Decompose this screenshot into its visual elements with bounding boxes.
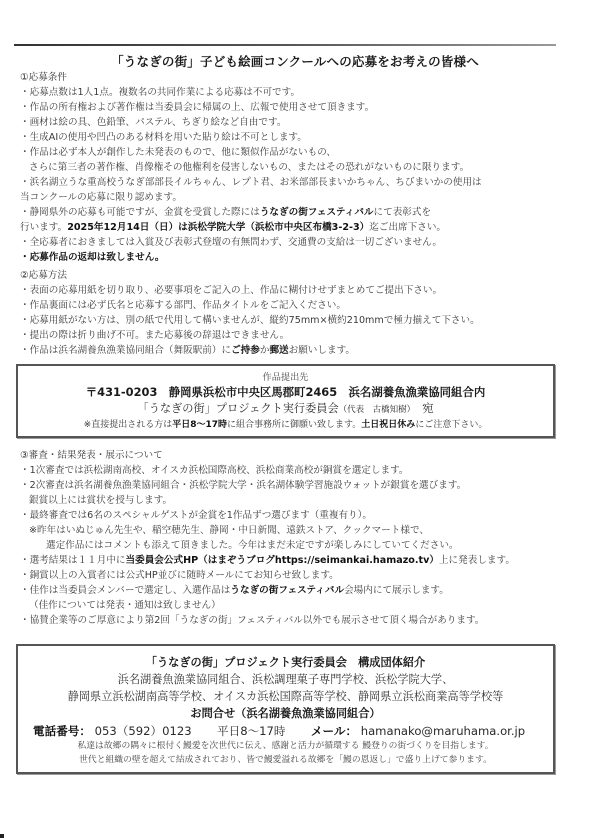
list-item: ・応募点数は1人1点。複数名の共同作業による応募は不可です。: [20, 85, 565, 100]
page-title: 「うなぎの街」子ども絵画コンクールへの応募をお考えの皆様へ: [0, 52, 590, 70]
submission-address: 〒431-0203 静岡県浜松市中央区馬郡町2465 浜名湖養魚漁業協同組合内: [18, 384, 553, 401]
members-line: 浜名湖養魚漁業協同組合、浜松調理菓子専門学校、浜松学院大学、: [18, 671, 553, 688]
list-item: ・1次審査では浜松湖南高校、オイスカ浜松国際高校、浜松商業高校が銅賞を選定します…: [20, 463, 565, 478]
delivery-mail: 郵送: [269, 345, 288, 356]
members-line: 静岡県立浜松湖南高等学校、オイスカ浜松国際高等学校、静岡県立浜松商業高等学校等: [18, 688, 553, 705]
list-item: ・全応募者におきましては入賞及び表彰式登壇の有無問わず、交通費の支給は一切ござい…: [20, 235, 565, 250]
results-line-post: 上に発表します。: [439, 555, 515, 566]
festival-line-pre: ・静岡県外の応募も可能ですが、金賞を受賞した際には: [20, 207, 260, 218]
delivery-line: ・作品は浜名湖養魚漁業協同組合（舞阪駅前）にご持参か郵送お願いします。: [20, 343, 565, 358]
ceremony-line-pre: 行います。: [20, 222, 67, 233]
festival-line-post: にて表彰式を: [374, 207, 432, 218]
exhibit-line: ・佳作は当委員会メンバーで選定し、入選作品はうなぎの街フェスティバル会場内にて展…: [20, 583, 565, 598]
submission-address-box: 作品提出先 〒431-0203 静岡県浜松市中央区馬郡町2465 浜名湖養魚漁業…: [16, 364, 555, 438]
list-item: ・生成AIの使用や凹凸のある材料を用いた貼り絵は不可とします。: [20, 130, 565, 145]
submission-label: 作品提出先: [18, 371, 553, 384]
no-return-notice: ・応募作品の返却は致しません。: [20, 250, 565, 265]
list-item: ・浜名湖立うな重高校うなぎ部部長イルちゃん、レプト君、お米部部長まいかちゃん、ち…: [20, 175, 565, 190]
note-closed-days: 土日祝日休み: [361, 420, 415, 430]
email-label: メール：: [311, 724, 357, 738]
festival-line: ・静岡県外の応募も可能ですが、金賞を受賞した際にはうなぎの街フェスティバルにて表…: [20, 205, 565, 220]
exhibit-line-post: 会場内にて展示します。: [344, 585, 449, 596]
delivery-bring: ご持参: [231, 345, 260, 356]
mission-line: 私達は故郷の隅々に根付く鰻愛を次世代に伝え、感謝と活力が循環する 鰻登りの街づく…: [18, 740, 553, 754]
representative: （代表 古橋知樹）: [339, 405, 416, 415]
list-item: ・画材は絵の具、色鉛筆、パステル、ちぎり絵など自由です。: [20, 115, 565, 130]
section-judging: ③審査・結果発表・展示について ・1次審査では浜松湖南高校、オイスカ浜松国際高校…: [20, 448, 565, 628]
ceremony-line: 行います。2025年12月14日（日）は浜松学院大学（浜松市中央区布橋3-2-3…: [20, 220, 565, 235]
ceremony-date-venue: 2025年12月14日（日）は浜松学院大学（浜松市中央区布橋3-2-3）: [67, 222, 369, 233]
committee-name: 「うなぎの街」プロジェクト実行委員会: [138, 402, 339, 415]
note-mid: に組合事務所に御願い致します。: [227, 420, 361, 430]
section-heading: ②応募方法: [20, 268, 565, 283]
exhibit-line-pre: ・佳作は当委員会メンバーで選定し、入選作品は: [20, 585, 230, 596]
list-item: ・応募用紙がない方は、別の紙で代用して構いませんが、縦約75mm×横約210mm…: [20, 313, 565, 328]
list-item: ・作品は必ず本人が創作した未発表のもので、他に類似作品がないもの、: [20, 145, 565, 160]
official-hp-link[interactable]: 当委員会公式HP（はまぞうブログhttps://seimankai.hamazo…: [126, 555, 439, 566]
list-item: ・作品の所有権および著作権は当委員会に帰属の上、広報で使用させて頂きます。: [20, 100, 565, 115]
list-item: ・協賛企業等のご厚意により第2回「うなぎの街」フェスティバル以外でも展示させて頂…: [20, 613, 565, 628]
note-pre: ※直接提出される方は: [84, 420, 173, 430]
list-item-continuation: 選定作品にはコメントも添えて頂きました。今年はまだ未定ですが楽しみにしていてくだ…: [20, 538, 565, 553]
list-item: ・2次審査は浜名湖養魚漁業協同組合・浜松学院大学・浜名湖体験学習施設ウォットが銀…: [20, 478, 565, 493]
list-item: ・作品裏面には必ず氏名と応募する部門、作品タイトルをご記入ください。: [20, 298, 565, 313]
attn: 宛: [422, 402, 433, 415]
scan-mark: [0, 834, 4, 838]
phone-label: 電話番号：: [33, 724, 91, 738]
delivery-line-pre: ・作品は浜名湖養魚漁業協同組合（舞阪駅前）に: [20, 345, 231, 356]
ceremony-line-post: 迄ご出席下さい。: [369, 222, 446, 233]
list-item: ・表面の応募用紙を切り取り、必要事項をご記入の上、作品に糊付けせずまとめてご提出…: [20, 283, 565, 298]
list-item: ・銅賞以上の入賞者には公式HP並びに随時メールにてお知らせ致します。: [20, 568, 565, 583]
festival-name: うなぎの街フェスティバル: [260, 207, 374, 218]
mission-line: 世代と組織の壁を超えて結成されており、皆で鰻愛溢れる故郷を「鰻の恩返し」で盛り上…: [18, 754, 553, 768]
exhibit-note: （佳作については発表・通知は致しません）: [20, 598, 565, 613]
submission-recipient: 「うなぎの街」プロジェクト実行委員会（代表 古橋知樹） 宛: [18, 401, 553, 418]
results-line: ・選考結果は１１月中に当委員会公式HP（はまぞうブログhttps://seima…: [20, 553, 565, 568]
top-divider: [14, 44, 556, 46]
delivery-mid: か: [260, 345, 270, 356]
list-item-continuation: 当コンクールの応募に限り認めます。: [20, 190, 565, 205]
results-line-pre: ・選考結果は１１月中に: [20, 555, 126, 566]
festival-name: うなぎの街フェスティバル: [230, 585, 344, 596]
note-post: にご注意下さい。: [415, 420, 487, 430]
direct-submission-note: ※直接提出される方は平日8～17時に組合事務所に御願い致します。土日祝日休みにご…: [18, 418, 553, 432]
section-method: ②応募方法 ・表面の応募用紙を切り取り、必要事項をご記入の上、作品に糊付けせずま…: [20, 268, 565, 358]
list-item-continuation: さらに第三者の著作権、肖像権その他権利を侵害しないもの、またはその恐れがないもの…: [20, 160, 565, 175]
phone-number[interactable]: 053（592）0123: [95, 724, 192, 738]
list-item: ・最終審査では6名のスペシャルゲストが金賞を1作品ずつ選びます（重複有り）。: [20, 508, 565, 523]
office-hours: 平日8～17時: [217, 724, 286, 738]
contact-line: 電話番号： 053（592）0123 平日8～17時 メール： hamanako…: [18, 722, 553, 740]
email-address[interactable]: hamanako@maruhama.or.jp: [361, 724, 525, 738]
section-heading: ①応募条件: [20, 70, 565, 85]
section-heading: ③審査・結果発表・展示について: [20, 448, 565, 463]
section-conditions: ①応募条件 ・応募点数は1人1点。複数名の共同作業による応募は不可です。 ・作品…: [20, 70, 565, 265]
organization-heading: 「うなぎの街」プロジェクト実行委員会 構成団体紹介: [18, 654, 553, 671]
contact-heading: お問合せ（浜名湖養魚漁業協同組合）: [18, 705, 553, 722]
organization-box: 「うなぎの街」プロジェクト実行委員会 構成団体紹介 浜名湖養魚漁業協同組合、浜松…: [16, 644, 555, 774]
list-item-continuation: 銀賞以上には賞状を授与します。: [20, 493, 565, 508]
list-item: ・提出の際は折り曲げ不可。また応募後の辞退はできません。: [20, 328, 565, 343]
list-item-note: ※昨年はいぬじゅん先生や、稲空穂先生、静岡・中日新聞、遠鉄ストア、クックマート様…: [20, 523, 565, 538]
note-hours: 平日8～17時: [172, 420, 227, 430]
delivery-line-post: お願いします。: [289, 345, 355, 356]
